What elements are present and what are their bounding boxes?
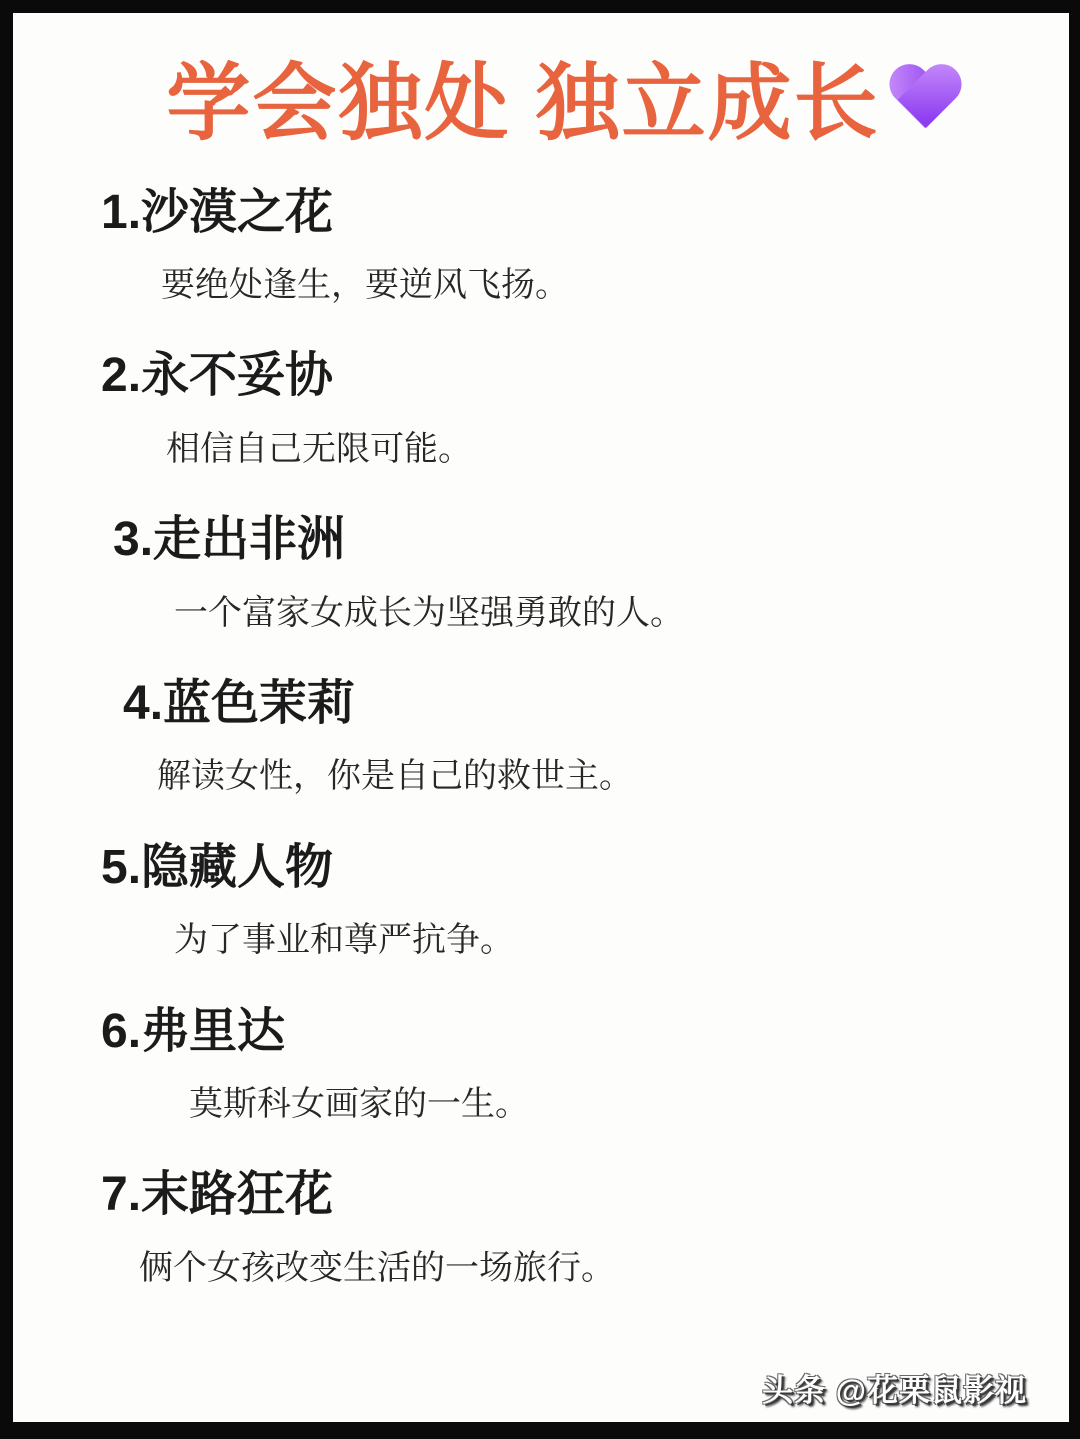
movie-number: 2. [101,349,141,402]
movie-description: 为了事业和尊严抗争。 [101,922,1029,959]
movie-item-6: 6.弗里达 莫斯科女画家的一生。 [101,1007,1029,1124]
movie-number: 6. [101,1005,141,1058]
movie-description: 要绝处逢生，要逆风飞扬。 [101,267,1029,304]
poster-card: 学会独处 独立成长 1.沙漠之花 要绝处逢生，要逆风飞扬。 2.永不妥协 相信自… [13,13,1069,1422]
movie-number: 7. [101,1168,141,1221]
movie-title: 2.永不妥协 [101,351,1029,401]
movie-item-5: 5.隐藏人物 为了事业和尊严抗争。 [101,843,1029,960]
movie-description: 相信自己无限可能。 [101,431,1029,468]
movie-description: 莫斯科女画家的一生。 [101,1086,1029,1123]
purple-heart-icon [886,66,964,136]
movie-title: 6.弗里达 [101,1007,1029,1057]
movie-item-7: 7.末路狂花 俩个女孩改变生活的一场旅行。 [101,1170,1029,1287]
movie-title: 5.隐藏人物 [101,843,1029,893]
poster-content: 学会独处 独立成长 1.沙漠之花 要绝处逢生，要逆风飞扬。 2.永不妥协 相信自… [13,13,1069,1287]
movie-number: 3. [113,513,153,566]
page-title: 学会独处 独立成长 [101,55,1029,152]
movie-item-3: 3.走出非洲 一个富家女成长为坚强勇敢的人。 [101,515,1029,632]
movie-name: 走出非洲 [153,513,345,566]
poster-frame: 学会独处 独立成长 1.沙漠之花 要绝处逢生，要逆风飞扬。 2.永不妥协 相信自… [0,0,1080,1439]
movie-name: 沙漠之花 [141,186,333,239]
page-title-text: 学会独处 独立成长 [166,56,879,150]
movie-name: 永不妥协 [141,349,333,402]
movie-item-2: 2.永不妥协 相信自己无限可能。 [101,351,1029,468]
movie-item-4: 4.蓝色茉莉 解读女性，你是自己的救世主。 [101,679,1029,796]
movie-description: 一个富家女成长为坚强勇敢的人。 [101,595,1029,632]
movie-item-1: 1.沙漠之花 要绝处逢生，要逆风飞扬。 [101,188,1029,305]
movie-number: 1. [101,186,141,239]
movie-number: 4. [123,677,163,730]
movie-title: 3.走出非洲 [101,515,1029,565]
movie-name: 末路狂花 [141,1168,333,1221]
movie-name: 蓝色茉莉 [163,677,355,730]
movie-title: 1.沙漠之花 [101,188,1029,238]
movie-number: 5. [101,841,141,894]
movie-name: 弗里达 [141,1005,285,1058]
movie-description: 俩个女孩改变生活的一场旅行。 [101,1250,1029,1287]
movie-title: 4.蓝色茉莉 [101,679,1029,729]
toutiao-watermark: 头条 @花栗鼠影视 [762,1365,1027,1410]
movie-description: 解读女性，你是自己的救世主。 [101,758,1029,795]
movie-title: 7.末路狂花 [101,1170,1029,1220]
movie-name: 隐藏人物 [141,841,333,894]
